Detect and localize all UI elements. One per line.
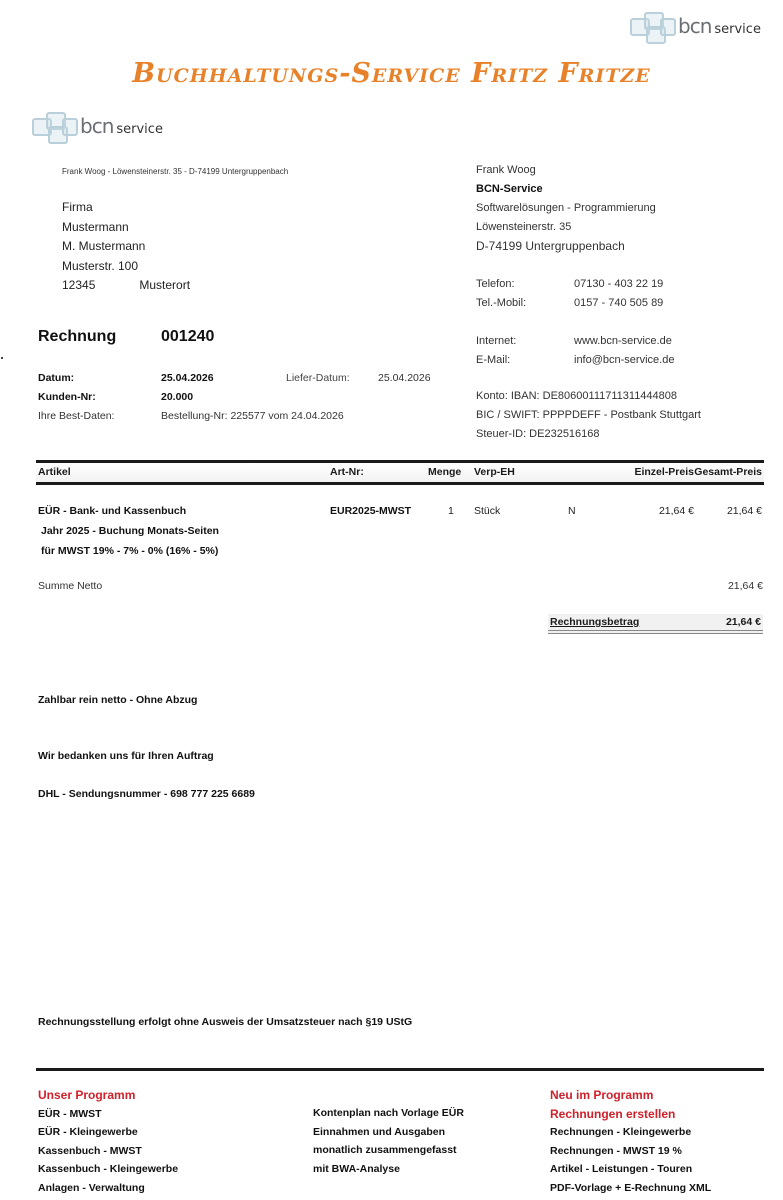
tax-id: Steuer-ID: DE232516168 bbox=[476, 425, 701, 444]
item-unit: Stück bbox=[474, 505, 500, 517]
col-article: Artikel bbox=[38, 466, 71, 478]
footer-col-features: Kontenplan nach Vorlage EÜR Einnahmen un… bbox=[313, 1104, 464, 1178]
company-city: D-74199 Untergruppenbach bbox=[476, 237, 656, 256]
customer-no-label: Kunden-Nr: bbox=[38, 388, 161, 407]
bic: BIC / SWIFT: PPPPDEFF - Postbank Stuttga… bbox=[476, 406, 701, 425]
recipient-line: M. Mustermann bbox=[62, 237, 190, 257]
tax-notice: Rechnungsstellung erfolgt ohne Ausweis d… bbox=[38, 1016, 412, 1028]
bcn-logo-top: bcnservice bbox=[628, 8, 761, 44]
invoice-meta: Datum: 25.04.2026 Liefer-Datum: 25.04.20… bbox=[38, 369, 431, 426]
fold-mark bbox=[1, 357, 3, 359]
customer-no: 20.000 bbox=[161, 388, 286, 407]
footer-item: EÜR - MWST bbox=[38, 1105, 178, 1124]
footer-item: monatlich zusammengefasst bbox=[313, 1141, 464, 1160]
phone-label: Telefon: bbox=[476, 275, 574, 294]
delivery-date-label: Liefer-Datum: bbox=[286, 369, 378, 388]
date-label: Datum: bbox=[38, 369, 161, 388]
invoice-total-value: 21,64 € bbox=[726, 616, 761, 628]
sender-return-line: Frank Woog - Löwensteinerstr. 35 - D-741… bbox=[62, 167, 288, 176]
recipient-zip: 12345 bbox=[62, 276, 95, 296]
col-art-no: Art-Nr: bbox=[330, 466, 364, 478]
net-sum-value: 21,64 € bbox=[728, 580, 763, 592]
logo-suffix: service bbox=[116, 122, 163, 137]
footer-heading: Rechnungen erstellen bbox=[550, 1105, 711, 1124]
email-label: E-Mail: bbox=[476, 351, 574, 370]
item-qty: 1 bbox=[448, 505, 454, 517]
mobile-value: 0157 - 740 505 89 bbox=[574, 297, 663, 309]
items-table-header: Artikel Art-Nr: Menge Verp-EH Einzel-Pre… bbox=[36, 460, 764, 485]
footer-item: Kontenplan nach Vorlage EÜR bbox=[313, 1104, 464, 1123]
email-link[interactable]: info@bcn-service.de bbox=[574, 354, 674, 366]
recipient-address: Firma Mustermann M. Mustermann Musterstr… bbox=[62, 198, 190, 296]
logo-mark-icon bbox=[30, 108, 78, 144]
footer-col-program: Unser Programm EÜR - MWST EÜR - Kleingew… bbox=[38, 1086, 178, 1197]
company-street: Löwensteinerstr. 35 bbox=[476, 218, 656, 237]
item-tax-code: N bbox=[568, 505, 576, 517]
footer-item: Kassenbuch - Kleingewerbe bbox=[38, 1160, 178, 1179]
phone-value: 07130 - 403 22 19 bbox=[574, 278, 663, 290]
logo-text: bcn bbox=[80, 114, 113, 138]
website-link[interactable]: www.bcn-service.de bbox=[574, 335, 672, 347]
col-total-price: Gesamt-Preis bbox=[694, 466, 762, 478]
footer-heading: Unser Programm bbox=[38, 1086, 178, 1105]
bcn-logo-left: bcnservice bbox=[30, 108, 163, 144]
invoice-total: Rechnungsbetrag 21,64 € bbox=[548, 614, 763, 634]
invoice-date: 25.04.2026 bbox=[161, 369, 286, 388]
logo-mark-icon bbox=[628, 8, 676, 44]
footer-item: EÜR - Kleingewerbe bbox=[38, 1123, 178, 1142]
footer-item: mit BWA-Analyse bbox=[313, 1160, 464, 1179]
shipping-tracking: DHL - Sendungsnummer - 698 777 225 6689 bbox=[38, 788, 255, 800]
footer-item: Einnahmen und Ausgaben bbox=[313, 1123, 464, 1142]
company-firm: BCN-Service bbox=[476, 183, 543, 195]
company-web: Internet:www.bcn-service.de E-Mail:info@… bbox=[476, 332, 674, 370]
order-reference: Bestellung-Nr: 225577 vom 24.04.2026 bbox=[161, 407, 344, 426]
thanks-note: Wir bedanken uns für Ihren Auftrag bbox=[38, 750, 214, 762]
item-art-no: EUR2025-MWST bbox=[330, 505, 411, 517]
company-contacts: Telefon:07130 - 403 22 19 Tel.-Mobil:015… bbox=[476, 275, 663, 313]
internet-label: Internet: bbox=[476, 332, 574, 351]
recipient-line: Mustermann bbox=[62, 218, 190, 238]
item-description-line: Jahr 2025 - Buchung Monats-Seiten bbox=[38, 521, 219, 541]
footer-item: PDF-Vorlage + E-Rechnung XML bbox=[550, 1179, 711, 1198]
item-total-price: 21,64 € bbox=[727, 505, 762, 517]
recipient-line: Firma bbox=[62, 198, 190, 218]
footer-heading: Neu im Programm bbox=[550, 1086, 711, 1105]
item-unit-price: 21,64 € bbox=[659, 505, 694, 517]
item-description-line: für MWST 19% - 7% - 0% (16% - 5%) bbox=[38, 541, 219, 561]
invoice-title: Rechnung bbox=[38, 328, 116, 346]
footer-item: Rechnungen - Kleingewerbe bbox=[550, 1123, 711, 1142]
footer-item: Anlagen - Verwaltung bbox=[38, 1179, 178, 1198]
table-row: EÜR - Bank- und Kassenbuch EUR2025-MWST … bbox=[36, 502, 764, 520]
company-bank: Konto: IBAN: DE80600111711311444808 BIC … bbox=[476, 387, 701, 444]
footer-divider bbox=[36, 1068, 764, 1071]
item-description: Jahr 2025 - Buchung Monats-Seiten für MW… bbox=[38, 521, 219, 561]
footer-col-new: Neu im Programm Rechnungen erstellen Rec… bbox=[550, 1086, 711, 1197]
business-title: Buchhaltungs-Service Fritz Fritze bbox=[0, 58, 783, 89]
delivery-date: 25.04.2026 bbox=[378, 369, 431, 388]
recipient-city: Musterort bbox=[139, 276, 190, 296]
col-qty: Menge bbox=[428, 466, 461, 478]
logo-suffix: service bbox=[714, 22, 761, 37]
company-tagline: Softwarelösungen - Programmierung bbox=[476, 199, 656, 218]
iban: Konto: IBAN: DE80600111711311444808 bbox=[476, 387, 701, 406]
company-name: Frank Woog bbox=[476, 161, 656, 180]
net-sum-label: Summe Netto bbox=[38, 580, 102, 592]
order-data-label: Ihre Best-Daten: bbox=[38, 407, 161, 426]
item-article: EÜR - Bank- und Kassenbuch bbox=[38, 505, 186, 517]
recipient-line: Musterstr. 100 bbox=[62, 257, 190, 277]
logo-text: bcn bbox=[678, 14, 711, 38]
payment-terms: Zahlbar rein netto - Ohne Abzug bbox=[38, 694, 197, 706]
footer-item: Rechnungen - MWST 19 % bbox=[550, 1142, 711, 1161]
col-unit-price: Einzel-Preis bbox=[634, 466, 694, 478]
company-block: Frank Woog BCN-Service Softwarelösungen … bbox=[476, 161, 656, 256]
invoice-number: 001240 bbox=[161, 328, 214, 346]
invoice-total-label: Rechnungsbetrag bbox=[550, 616, 639, 628]
col-unit: Verp-EH bbox=[474, 466, 515, 478]
mobile-label: Tel.-Mobil: bbox=[476, 294, 574, 313]
footer-item: Kassenbuch - MWST bbox=[38, 1142, 178, 1161]
footer-item: Artikel - Leistungen - Touren bbox=[550, 1160, 711, 1179]
